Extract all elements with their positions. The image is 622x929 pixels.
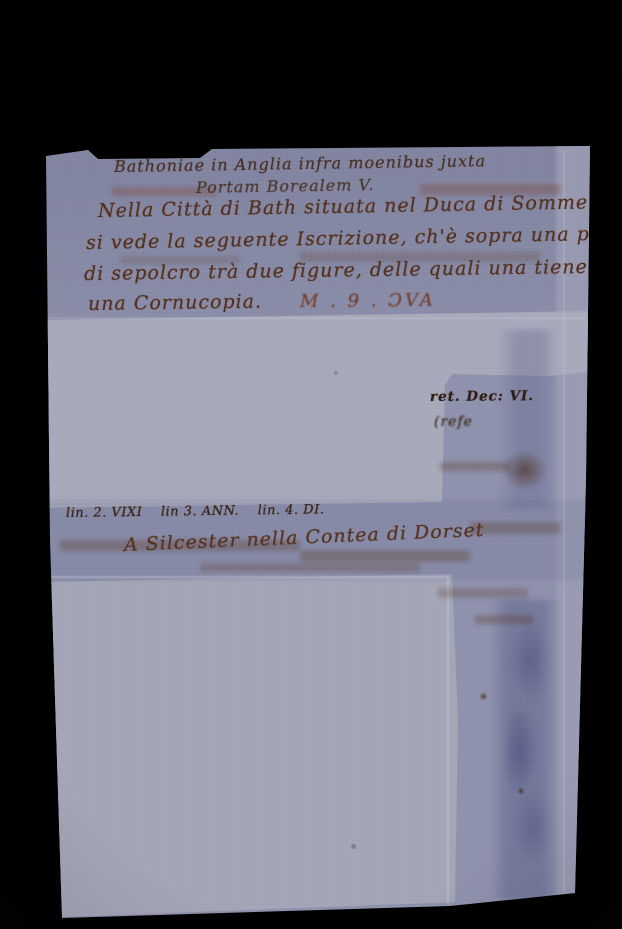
slide-photo: Bathoniae in Anglia infra moenibus juxta…	[0, 0, 622, 929]
photo-vignette	[0, 0, 622, 929]
